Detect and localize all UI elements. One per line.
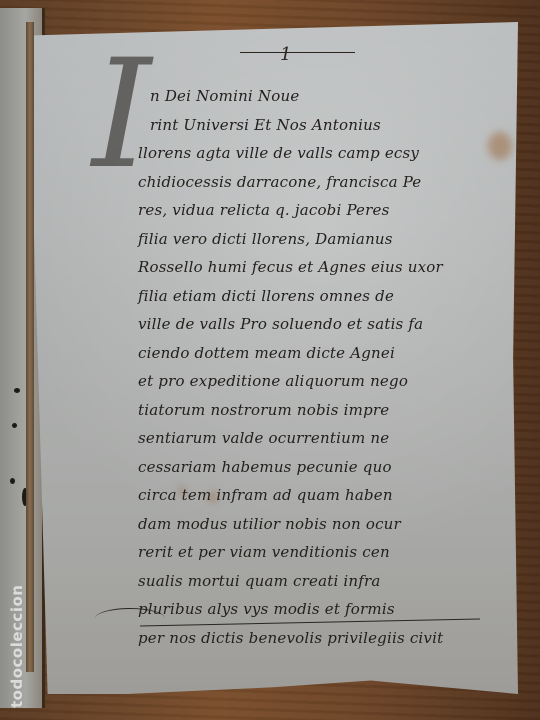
folio-underline (240, 52, 355, 53)
text-line: circa tem infram ad quam haben (138, 481, 500, 510)
text-line: llorens agta ville de valls camp ecsy (138, 139, 500, 168)
text-line: filia etiam dicti llorens omnes de (138, 282, 500, 311)
text-line: n Dei Nomini Noue (150, 82, 500, 111)
text-line: chidiocessis darracone, francisca Pe (138, 168, 500, 197)
text-line: et pro expeditione aliquorum nego (138, 367, 500, 396)
text-line: rerit et per viam venditionis cen (138, 538, 500, 567)
text-line: filia vero dicti llorens, Damianus (138, 225, 500, 254)
text-line: cessariam habemus pecunie quo (138, 453, 500, 482)
manuscript-text-block: n Dei Nomini Noue rint Universi Et Nos A… (150, 82, 500, 652)
watermark-text: todocoleccion (8, 548, 28, 708)
text-line: per nos dictis benevolis privilegiis civ… (138, 624, 500, 653)
text-line: sualis mortui quam creati infra (138, 567, 500, 596)
text-line: Rossello humi fecus et Agnes eius uxor (138, 253, 500, 282)
text-line: sentiarum valde ocurrentium ne (138, 424, 500, 453)
text-line: ciendo dottem meam dicte Agnei (138, 339, 500, 368)
text-line: ville de valls Pro soluendo et satis fa (138, 310, 500, 339)
text-line: rint Universi Et Nos Antonius (150, 111, 500, 140)
text-line: dam modus utilior nobis non ocur (138, 510, 500, 539)
text-line: res, vidua relicta q. jacobi Peres (138, 196, 500, 225)
folio-number: 1 (280, 44, 291, 65)
text-line: tiatorum nostrorum nobis impre (138, 396, 500, 425)
